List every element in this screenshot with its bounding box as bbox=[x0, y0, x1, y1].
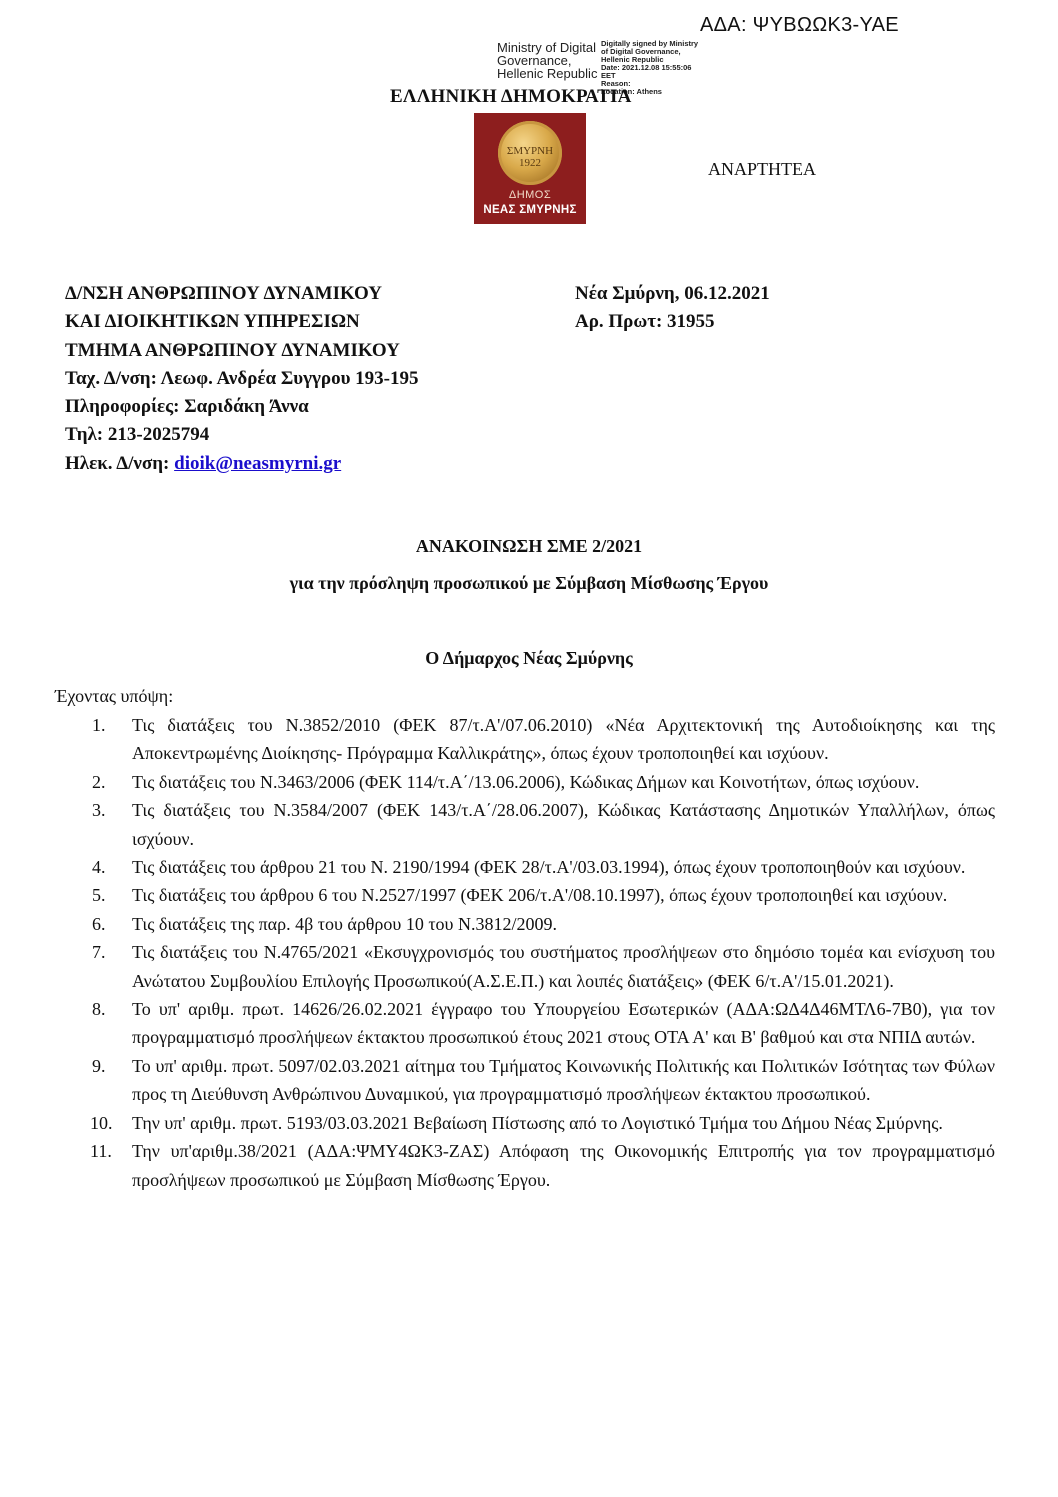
considerations-list: 1.Τις διατάξεις του Ν.3852/2010 (ΦΕΚ 87/… bbox=[82, 711, 995, 1194]
email-link[interactable]: dioik@neasmyrni.gr bbox=[174, 453, 341, 474]
logo-line-1: ΔΗΜΟΣ bbox=[474, 189, 586, 201]
item-text: Τις διατάξεις του Ν.3852/2010 (ΦΕΚ 87/τ.… bbox=[132, 711, 995, 768]
sender-line: Δ/ΝΣΗ ΑΝΘΡΩΠΙΝΟΥ ΔΥΝΑΜΙΚΟΥ bbox=[65, 280, 419, 308]
item-number: 3. bbox=[82, 796, 132, 853]
sender-line: ΤΜΗΜΑ ΑΝΘΡΩΠΙΝΟΥ ΔΥΝΑΜΙΚΟΥ bbox=[65, 337, 419, 365]
item-number: 10. bbox=[82, 1109, 132, 1137]
item-number: 6. bbox=[82, 910, 132, 938]
item-number: 7. bbox=[82, 938, 132, 995]
item-number: 2. bbox=[82, 768, 132, 796]
ada-code: ΑΔΑ: ΨΥΒΩΩΚ3-ΥΑΕ bbox=[700, 14, 899, 37]
municipality-logo: ΣΜΥΡΝΗ 1922 ΔΗΜΟΣ ΝΕΑΣ ΣΜΥΡΝΗΣ bbox=[474, 113, 586, 224]
item-number: 1. bbox=[82, 711, 132, 768]
list-item: 5.Τις διατάξεις του άρθρου 6 του Ν.2527/… bbox=[82, 881, 995, 909]
item-number: 8. bbox=[82, 995, 132, 1052]
posting-label: ΑΝΑΡΤΗΤΕΑ bbox=[708, 159, 816, 180]
sender-block: Δ/ΝΣΗ ΑΝΘΡΩΠΙΝΟΥ ΔΥΝΑΜΙΚΟΥ ΚΑΙ ΔΙΟΙΚΗΤΙΚ… bbox=[65, 280, 419, 478]
list-item: 7.Τις διατάξεις του Ν.4765/2021 «Εκσυγχρ… bbox=[82, 938, 995, 995]
item-text: Τις διατάξεις του Ν.4765/2021 «Εκσυγχρον… bbox=[132, 938, 995, 995]
announcement-title: ΑΝΑΚΟΙΝΩΣΗ ΣΜΕ 2/2021 bbox=[0, 536, 1058, 557]
item-text: Την υπ' αριθμ. πρωτ. 5193/03.03.2021 Βεβ… bbox=[132, 1109, 995, 1137]
place-date: Νέα Σμύρνη, 06.12.2021 bbox=[575, 280, 770, 308]
protocol-number: Αρ. Πρωτ: 31955 bbox=[575, 308, 770, 336]
list-item: 2.Τις διατάξεις του Ν.3463/2006 (ΦΕΚ 114… bbox=[82, 768, 995, 796]
item-text: Τις διατάξεις της παρ. 4β του άρθρου 10 … bbox=[132, 910, 995, 938]
coin-emblem-icon: ΣΜΥΡΝΗ 1922 bbox=[498, 121, 562, 185]
signer-line: Hellenic Republic bbox=[497, 67, 597, 80]
sender-line: Πληροφορίες: Σαριδάκη Άννα bbox=[65, 393, 419, 421]
list-item: 9.Το υπ' αριθμ. πρωτ. 5097/02.03.2021 αί… bbox=[82, 1052, 995, 1109]
list-item: 4.Τις διατάξεις του άρθρου 21 του Ν. 219… bbox=[82, 853, 995, 881]
republic-heading: ΕΛΛΗΝΙΚΗ ΔΗΜΟΚΡΑΤΙΑ bbox=[390, 86, 632, 108]
list-item: 10.Την υπ' αριθμ. πρωτ. 5193/03.03.2021 … bbox=[82, 1109, 995, 1137]
item-text: Τις διατάξεις του Ν.3584/2007 (ΦΕΚ 143/τ… bbox=[132, 796, 995, 853]
announcement-subtitle: για την πρόσληψη προσωπικού με Σύμβαση Μ… bbox=[0, 573, 1058, 594]
list-item: 3.Τις διατάξεις του Ν.3584/2007 (ΦΕΚ 143… bbox=[82, 796, 995, 853]
item-text: Τις διατάξεις του άρθρου 6 του Ν.2527/19… bbox=[132, 881, 995, 909]
mayor-heading: Ο Δήμαρχος Νέας Σμύρνης bbox=[0, 648, 1058, 669]
item-number: 4. bbox=[82, 853, 132, 881]
sender-line: ΚΑΙ ΔΙΟΙΚΗΤΙΚΩΝ ΥΠΗΡΕΣΙΩΝ bbox=[65, 308, 419, 336]
list-item: 1.Τις διατάξεις του Ν.3852/2010 (ΦΕΚ 87/… bbox=[82, 711, 995, 768]
item-text: Τις διατάξεις του Ν.3463/2006 (ΦΕΚ 114/τ… bbox=[132, 768, 995, 796]
list-item: 11.Την υπ'αριθμ.38/2021 (ΑΔΑ:ΨΜΥ4ΩΚ3-ΖΑΣ… bbox=[82, 1137, 995, 1194]
sender-line: Τηλ: 213-2025794 bbox=[65, 421, 419, 449]
logo-line-2: ΝΕΑΣ ΣΜΥΡΝΗΣ bbox=[474, 204, 586, 216]
item-text: Το υπ' αριθμ. πρωτ. 14626/26.02.2021 έγγ… bbox=[132, 995, 995, 1052]
item-number: 5. bbox=[82, 881, 132, 909]
email-label: Ηλεκ. Δ/νση: bbox=[65, 453, 174, 474]
sender-email-line: Ηλεκ. Δ/νση: dioik@neasmyrni.gr bbox=[65, 450, 419, 478]
sender-line: Ταχ. Δ/νση: Λεωφ. Ανδρέα Συγγρου 193-195 bbox=[65, 365, 419, 393]
item-text: Τις διατάξεις του άρθρου 21 του Ν. 2190/… bbox=[132, 853, 995, 881]
item-text: Το υπ' αριθμ. πρωτ. 5097/02.03.2021 αίτη… bbox=[132, 1052, 995, 1109]
item-number: 9. bbox=[82, 1052, 132, 1109]
intro-text: Έχοντας υπόψη: bbox=[55, 686, 173, 707]
item-text: Την υπ'αριθμ.38/2021 (ΑΔΑ:ΨΜΥ4ΩΚ3-ΖΑΣ) Α… bbox=[132, 1137, 995, 1194]
digital-signature-signer: Ministry of Digital Governance, Hellenic… bbox=[497, 41, 597, 80]
coin-text: ΣΜΥΡΝΗ 1922 bbox=[498, 145, 562, 169]
item-number: 11. bbox=[82, 1137, 132, 1194]
list-item: 6.Τις διατάξεις της παρ. 4β του άρθρου 1… bbox=[82, 910, 995, 938]
date-protocol-block: Νέα Σμύρνη, 06.12.2021 Αρ. Πρωτ: 31955 bbox=[575, 280, 770, 337]
list-item: 8.Το υπ' αριθμ. πρωτ. 14626/26.02.2021 έ… bbox=[82, 995, 995, 1052]
